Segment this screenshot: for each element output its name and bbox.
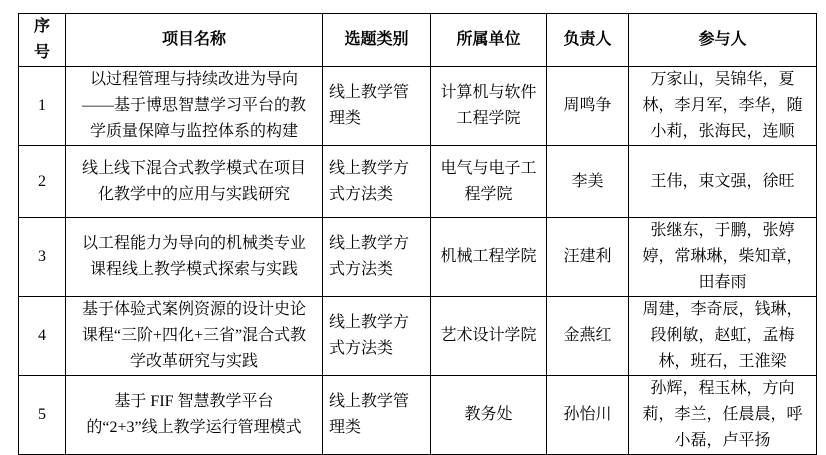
header-leader: 负责人 xyxy=(547,14,629,67)
cell-index: 2 xyxy=(19,146,66,218)
cell-unit: 计算机与软件工程学院 xyxy=(431,67,547,146)
cell-category: 线上教学方式方法类 xyxy=(323,297,431,376)
cell-unit: 电气与电子工程学院 xyxy=(431,146,547,218)
cell-category: 线上教学方式方法类 xyxy=(323,218,431,297)
table-row: 2 线上线下混合式教学模式在项目化教学中的应用与实践研究 线上教学方式方法类 电… xyxy=(19,146,817,218)
header-unit: 所属单位 xyxy=(431,14,547,67)
cell-index: 5 xyxy=(19,376,66,447)
cell-project-name: 基于 FIF 智慧教学平台的“2+3”线上教学运行管理模式 xyxy=(66,376,323,447)
cell-leader: 汪建利 xyxy=(547,218,629,297)
table-row: 3 以工程能力为导向的机械类专业课程线上教学模式探索与实践 线上教学方式方法类 … xyxy=(19,218,817,297)
table-row: 4 基于体验式案例资源的设计史论课程“三阶+四化+三省”混合式教学改革研究与实践… xyxy=(19,297,817,376)
cell-category: 线上教学管理类 xyxy=(323,376,431,447)
cell-leader: 周鸣争 xyxy=(547,67,629,146)
table-row: 1 以过程管理与持续改进为导向——基于博思智慧学习平台的教学质量保障与监控体系的… xyxy=(19,67,817,146)
cell-category: 线上教学管理类 xyxy=(323,67,431,146)
cell-participants: 周建，李奇辰，钱琳，段俐敏，赵虹，孟梅林，班石，王淮梁 xyxy=(629,297,817,376)
header-index-label: 序号 xyxy=(32,14,51,66)
cell-project-name: 以过程管理与持续改进为导向——基于博思智慧学习平台的教学质量保障与监控体系的构建 xyxy=(66,67,323,146)
cell-project-name: 线上线下混合式教学模式在项目化教学中的应用与实践研究 xyxy=(66,146,323,218)
cell-project-name: 以工程能力为导向的机械类专业课程线上教学模式探索与实践 xyxy=(66,218,323,297)
header-project-name: 项目名称 xyxy=(66,14,323,67)
table-row: 5 基于 FIF 智慧教学平台的“2+3”线上教学运行管理模式 线上教学管理类 … xyxy=(19,376,817,447)
cell-participants: 孙辉，程玉林，方向莉，李兰，任晨晨，呼小磊，卢平扬 xyxy=(629,376,817,447)
cell-index: 1 xyxy=(19,67,66,146)
cell-leader: 孙怡川 xyxy=(547,376,629,447)
cell-index: 4 xyxy=(19,297,66,376)
cell-unit: 教务处 xyxy=(431,376,547,447)
cell-participants: 张继东，于鹏，张婷婷，常琳琳，柴知章，田春雨 xyxy=(629,218,817,297)
cell-leader: 李美 xyxy=(547,146,629,218)
header-category: 选题类别 xyxy=(323,14,431,67)
cell-index: 3 xyxy=(19,218,66,297)
cell-participants: 王伟，束文强，徐旺 xyxy=(629,146,817,218)
header-index: 序号 xyxy=(19,14,66,67)
cell-participants: 万家山，吴锦华，夏林，李月军，李华，随小莉，张海民，连顺 xyxy=(629,67,817,146)
cell-project-name: 基于体验式案例资源的设计史论课程“三阶+四化+三省”混合式教学改革研究与实践 xyxy=(66,297,323,376)
cell-leader: 金燕红 xyxy=(547,297,629,376)
cell-unit: 机械工程学院 xyxy=(431,218,547,297)
projects-table: 序号 项目名称 选题类别 所属单位 负责人 参与人 1 以过程管理与持续改进为导… xyxy=(18,13,817,446)
table-header-row: 序号 项目名称 选题类别 所属单位 负责人 参与人 xyxy=(19,14,817,67)
header-participants: 参与人 xyxy=(629,14,817,67)
cell-category: 线上教学方式方法类 xyxy=(323,146,431,218)
cell-unit: 艺术设计学院 xyxy=(431,297,547,376)
